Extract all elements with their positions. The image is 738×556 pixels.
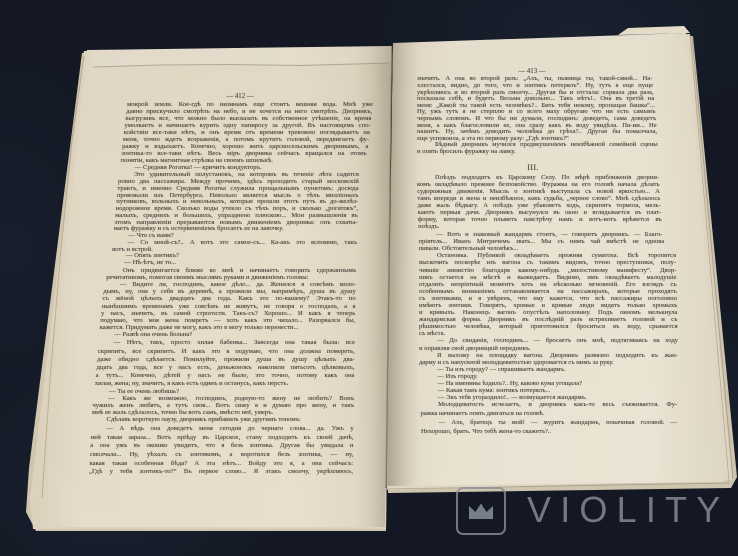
bottom-stack-line <box>386 483 730 489</box>
open-book-photo: — 412 — мокрой земли. Кое-гдѣ по низинам… <box>0 0 738 556</box>
paper-details <box>0 0 738 556</box>
right-stack-line <box>692 36 733 479</box>
right-stack-line <box>690 34 729 481</box>
spine-line <box>386 46 392 488</box>
deckled-edge-line <box>42 56 84 498</box>
